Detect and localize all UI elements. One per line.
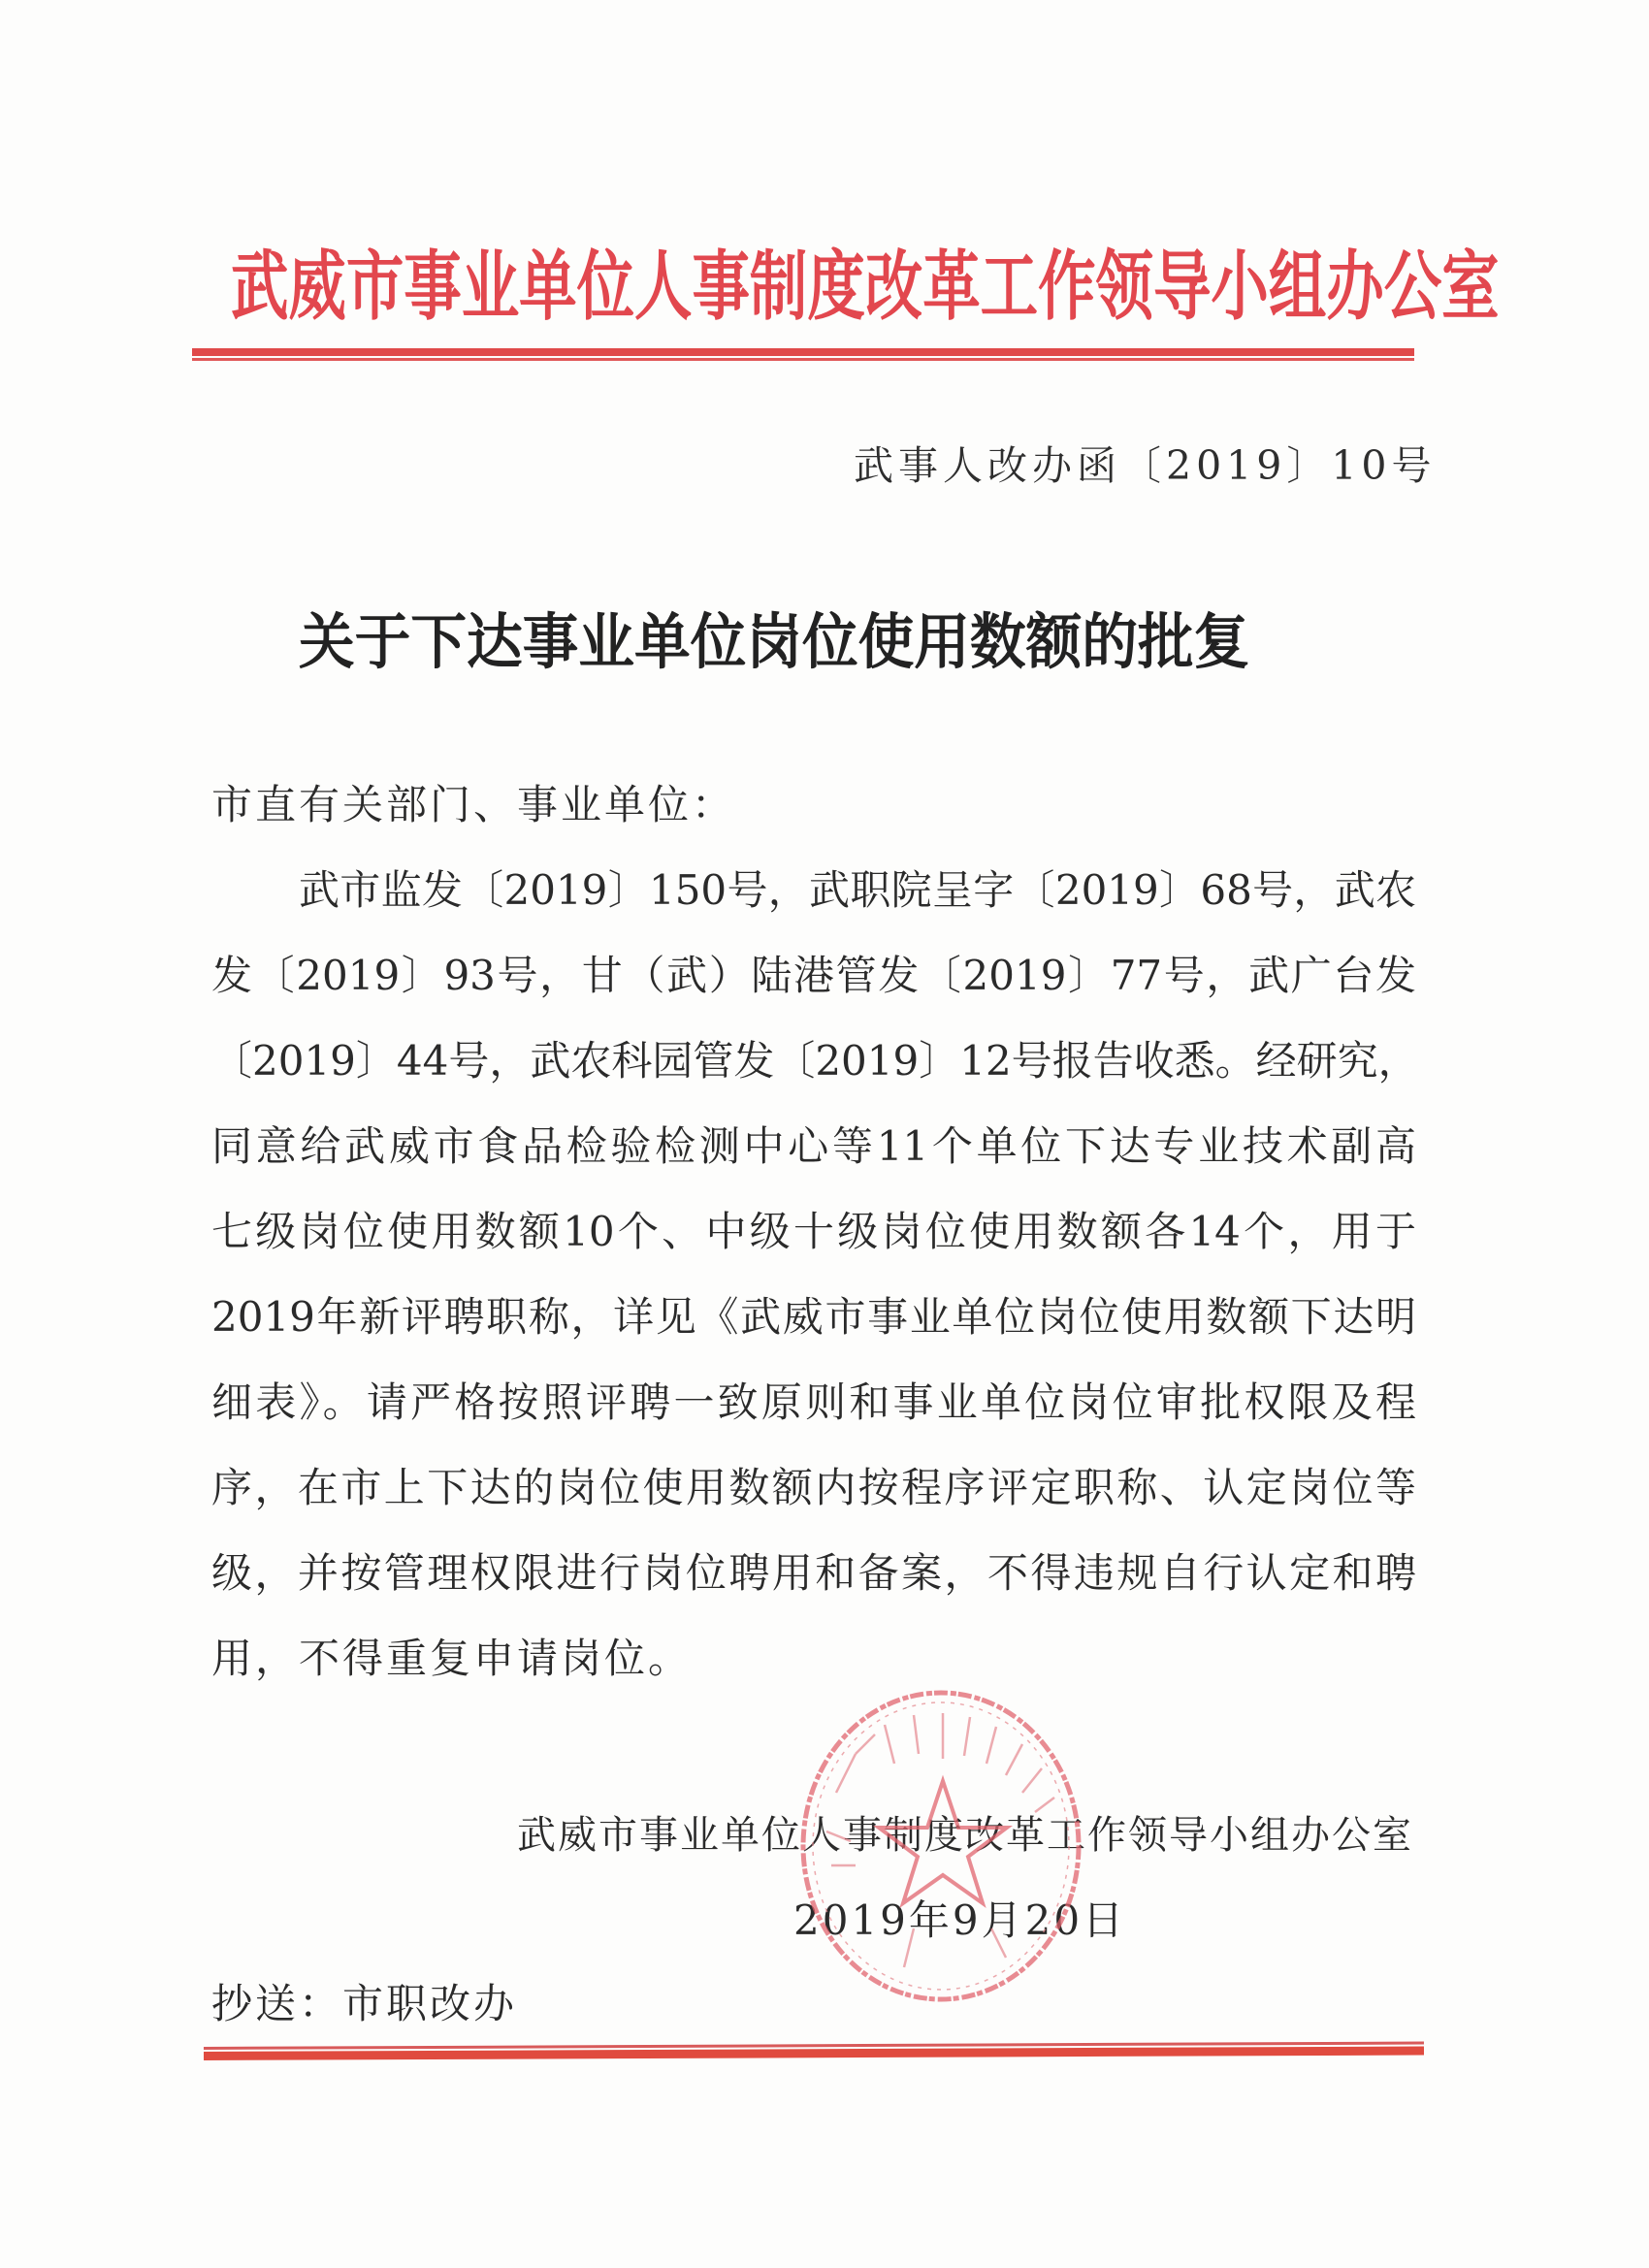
red-rule-thick xyxy=(192,348,1414,356)
issuer-signature: 武威市事业单位人事制度改革工作领导小组办公室 xyxy=(517,1806,1413,1864)
masthead-red-rule xyxy=(192,348,1414,363)
footer-red-rule xyxy=(204,2042,1424,2062)
body-line: 武市监发〔2019〕150号，武职院呈字〔2019〕68号，武农 xyxy=(299,861,1416,920)
carbon-copy-line: 抄送：市职改办 xyxy=(211,1975,517,2033)
body-line: 发〔2019〕93号，甘（武）陆港管发〔2019〕77号，武广台发 xyxy=(211,947,1416,1005)
body-line: 〔2019〕44号，武农科园管发〔2019〕12号报告收悉。经研究， xyxy=(211,1032,1416,1090)
issue-date: 2019年9月20日 xyxy=(793,1892,1126,1950)
body-line: 七级岗位使用数额10个、中级十级岗位使用数额各14个，用于 xyxy=(211,1203,1416,1261)
document-page: 武威市事业单位人事制度改革工作领导小组办公室 武事人改办函〔2019〕10号 关… xyxy=(0,0,1649,2268)
salutation: 市直有关部门、事业单位： xyxy=(211,776,735,834)
red-rule-thin xyxy=(192,358,1414,361)
body-line: 2019年新评聘职称，详见《武威市事业单位岗位使用数额下达明 xyxy=(211,1288,1416,1346)
document-number: 武事人改办函〔2019〕10号 xyxy=(854,438,1437,493)
masthead-title: 武威市事业单位人事制度改革工作领导小组办公室 xyxy=(231,239,1388,336)
body-line: 细表》。请严格按照评聘一致原则和事业单位岗位审批权限及程 xyxy=(211,1374,1416,1432)
body-line: 同意给武威市食品检验检测中心等11个单位下达专业技术副高 xyxy=(211,1118,1416,1176)
body-line: 序，在市上下达的岗位使用数额内按程序评定职称、认定岗位等 xyxy=(211,1459,1416,1517)
document-title: 关于下达事业单位岗位使用数额的批复 xyxy=(299,603,1249,681)
body-line: 级，并按管理权限进行岗位聘用和备案，不得违规自行认定和聘 xyxy=(211,1544,1416,1603)
body-line: 用，不得重复申请岗位。 xyxy=(211,1630,1416,1688)
